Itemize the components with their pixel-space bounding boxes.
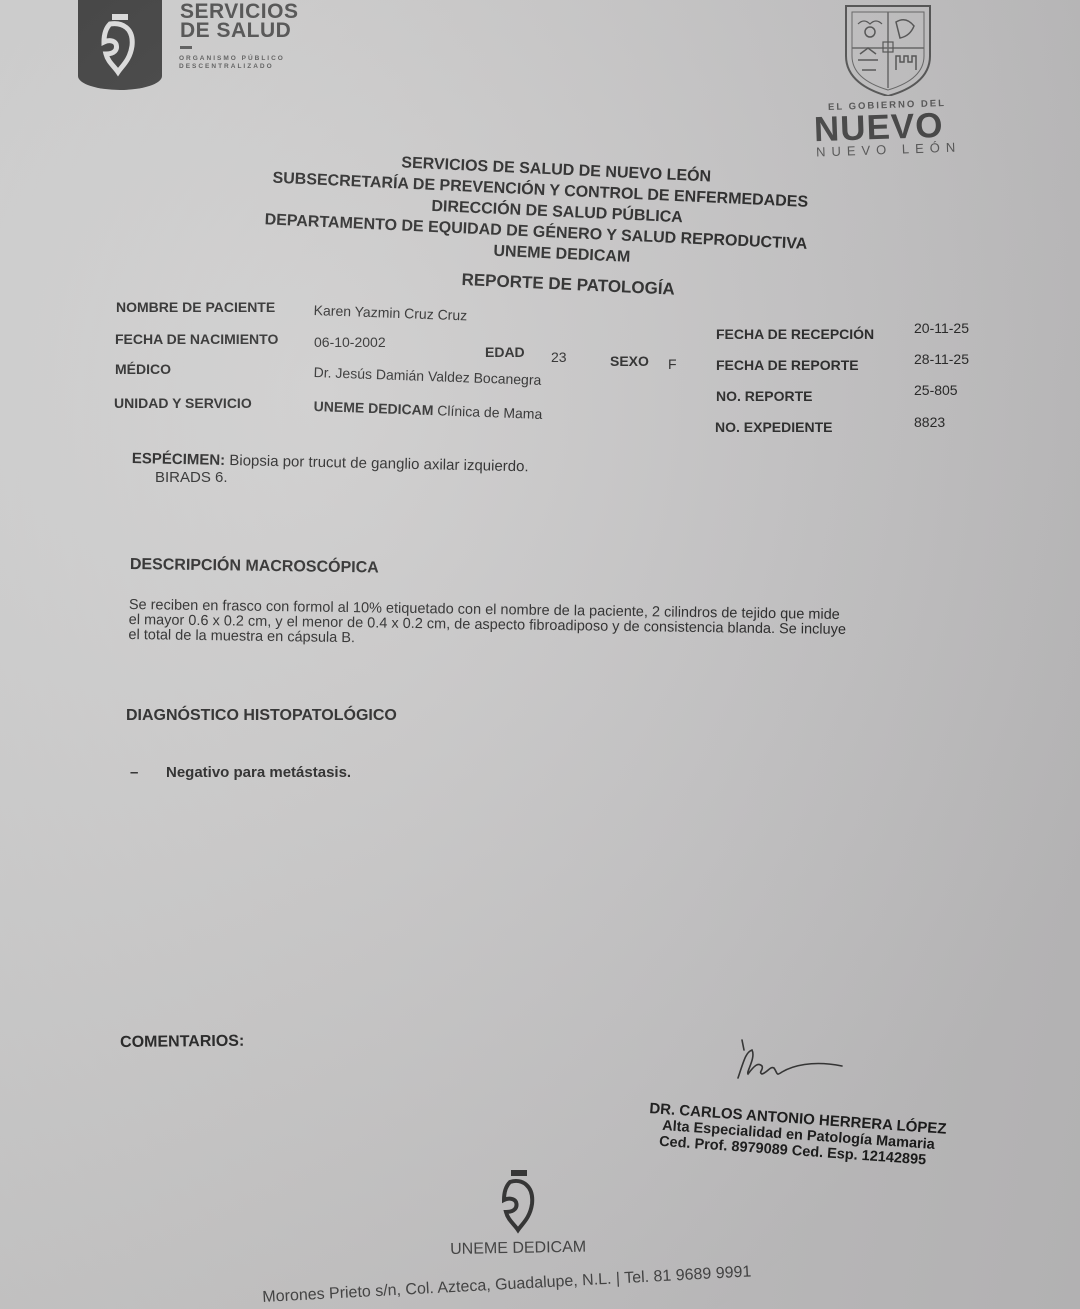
macroscopic-description: Se reciben en frasco con formol al 10% e… <box>128 598 929 654</box>
footer-unit-name: UNEME DEDICAM <box>450 1239 586 1259</box>
servicios-de-salud-shield-logo <box>78 0 162 90</box>
diagnosis-heading: DIAGNÓSTICO HISTOPATOLÓGICO <box>126 707 397 725</box>
patient-name-label: NOMBRE DE PACIENTE <box>116 299 275 315</box>
macroscopic-heading: DESCRIPCIÓN MACROSCÓPICA <box>130 556 379 577</box>
dob-value: 06-10-2002 <box>314 334 386 350</box>
age-value: 23 <box>551 349 567 365</box>
diagnosis-bullet: – <box>130 764 138 781</box>
dob-label: FECHA DE NACIMIENTO <box>115 331 278 347</box>
lion-emblem-icon <box>92 8 148 80</box>
logo-subtitle-line2: DESCENTRALIZADO <box>179 63 285 71</box>
unit-service-label: UNIDAD Y SERVICIO <box>114 395 252 411</box>
sex-label: SEXO <box>610 353 649 369</box>
signature-block: DR. CARLOS ANTONIO HERRERA LÓPEZ Alta Es… <box>647 1100 947 1170</box>
birads-value: BIRADS 6. <box>155 469 228 486</box>
comments-heading: COMENTARIOS: <box>120 1033 244 1052</box>
logo-title-line2: DE SALUD <box>180 21 298 40</box>
report-date-label: FECHA DE REPORTE <box>716 357 859 373</box>
institution-header: SERVICIOS DE SALUD DE NUEVO LEÓN SUBSECR… <box>255 146 869 279</box>
report-date-value: 28-11-25 <box>914 351 969 367</box>
specimen-text: Biopsia por trucut de ganglio axilar izq… <box>229 452 529 475</box>
servicios-de-salud-subtitle: ORGANISMO PÚBLICO DESCENTRALIZADO <box>179 55 285 71</box>
unit-service-value: UNEME DEDICAM Clínica de Mama <box>313 398 542 422</box>
nuevo-leon-coat-of-arms-icon <box>840 0 936 96</box>
report-number-value: 25-805 <box>914 382 958 398</box>
servicios-de-salud-title: SERVICIOS DE SALUD <box>180 2 298 40</box>
uneme-lion-emblem-icon <box>496 1168 544 1238</box>
unit-name: UNEME DEDICAM <box>313 398 433 418</box>
doctor-label: MÉDICO <box>115 361 171 377</box>
age-label: EDAD <box>485 344 525 360</box>
reception-date-label: FECHA DE RECEPCIÓN <box>716 326 874 342</box>
file-number-label: NO. EXPEDIENTE <box>715 419 832 435</box>
sex-value: F <box>668 356 677 372</box>
service-name: Clínica de Mama <box>437 402 543 422</box>
specimen-label: ESPÉCIMEN: <box>132 450 226 469</box>
logo-divider <box>180 46 192 49</box>
logo-subtitle-line1: ORGANISMO PÚBLICO <box>179 55 285 63</box>
file-number-value: 8823 <box>914 414 945 430</box>
signature-scribble-icon <box>728 1038 878 1094</box>
footer-address: Morones Prieto s/n, Col. Azteca, Guadalu… <box>262 1263 752 1307</box>
diagnosis-item: Negativo para metástasis. <box>166 764 351 781</box>
report-title: REPORTE DE PATOLOGÍA <box>461 270 675 300</box>
reception-date-value: 20-11-25 <box>914 320 969 336</box>
doctor-value: Dr. Jesús Damián Valdez Bocanegra <box>313 364 541 388</box>
patient-name-value: Karen Yazmin Cruz Cruz <box>313 302 467 323</box>
report-number-label: NO. REPORTE <box>716 388 812 404</box>
